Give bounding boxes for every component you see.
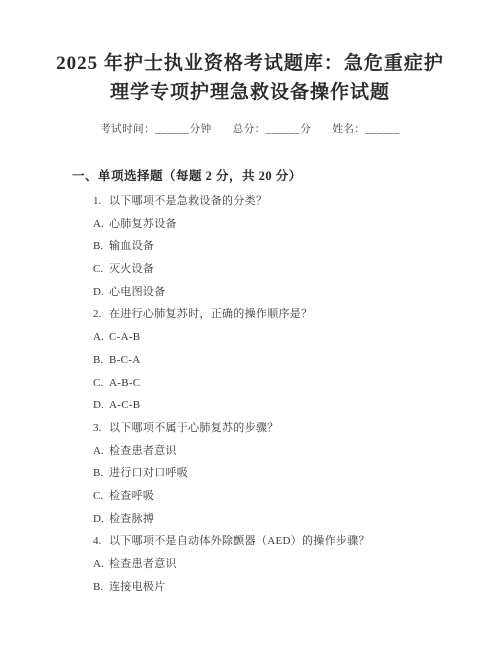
question-text: 以下哪项不属于心肺复苏的步骤？ bbox=[109, 417, 279, 440]
option-row: A. 检查患者意识 bbox=[93, 553, 500, 576]
option-text: 检查呼吸 bbox=[109, 485, 154, 508]
option-letter: C. bbox=[93, 372, 109, 395]
title-line-1: 2025 年护士执业资格考试题库：急危重症护 bbox=[56, 53, 444, 74]
question-row: 4. 以下哪项不是自动体外除颤器（AED）的操作步骤？ bbox=[93, 530, 500, 553]
question-row: 3. 以下哪项不属于心肺复苏的步骤？ bbox=[93, 417, 500, 440]
option-row: D. 心电图设备 bbox=[93, 281, 500, 304]
option-row: D. 检查脉搏 bbox=[93, 508, 500, 531]
option-row: A. C-A-B bbox=[93, 326, 500, 349]
exam-info-line: 考试时间：______分钟 总分：______分 姓名：______ bbox=[0, 121, 500, 136]
option-text: A-B-C bbox=[109, 372, 140, 395]
option-letter: D. bbox=[93, 281, 109, 304]
option-letter: D. bbox=[93, 508, 109, 531]
option-text: B-C-A bbox=[109, 349, 140, 372]
question-number: 1. bbox=[93, 190, 109, 213]
exam-time-field: 考试时间：______分钟 bbox=[100, 124, 212, 135]
question-number: 3. bbox=[93, 417, 109, 440]
option-text: 心肺复苏设备 bbox=[109, 213, 177, 236]
section-heading: 一、单项选择题（每题 2 分，共 20 分） bbox=[72, 166, 500, 184]
option-text: 输血设备 bbox=[109, 235, 154, 258]
option-letter: D. bbox=[93, 394, 109, 417]
question-row: 1. 以下哪项不是急救设备的分类？ bbox=[93, 190, 500, 213]
option-text: 进行口对口呼吸 bbox=[109, 462, 188, 485]
document-title: 2025 年护士执业资格考试题库：急危重症护 理学专项护理急救设备操作试题 bbox=[55, 49, 445, 107]
option-row: A. 检查患者意识 bbox=[93, 440, 500, 463]
option-text: 检查患者意识 bbox=[109, 553, 177, 576]
question-number: 2. bbox=[93, 303, 109, 326]
option-letter: C. bbox=[93, 485, 109, 508]
option-letter: B. bbox=[93, 462, 109, 485]
option-text: 心电图设备 bbox=[109, 281, 166, 304]
total-score-field: 总分：______分 bbox=[233, 124, 312, 135]
option-text: A-C-B bbox=[109, 394, 140, 417]
question-list: 1. 以下哪项不是急救设备的分类？ A. 心肺复苏设备 B. 输血设备 C. 灭… bbox=[93, 190, 500, 598]
question-text: 以下哪项不是急救设备的分类？ bbox=[109, 190, 267, 213]
question-row: 2. 在进行心肺复苏时，正确的操作顺序是？ bbox=[93, 303, 500, 326]
option-text: C-A-B bbox=[109, 326, 140, 349]
option-row: C. 灭火设备 bbox=[93, 258, 500, 281]
option-letter: C. bbox=[93, 258, 109, 281]
question-text: 以下哪项不是自动体外除颤器（AED）的操作步骤？ bbox=[109, 530, 370, 553]
exam-document: 2025 年护士执业资格考试题库：急危重症护 理学专项护理急救设备操作试题 考试… bbox=[0, 49, 500, 598]
option-letter: A. bbox=[93, 213, 109, 236]
option-row: C. A-B-C bbox=[93, 372, 500, 395]
option-row: D. A-C-B bbox=[93, 394, 500, 417]
question-text: 在进行心肺复苏时，正确的操作顺序是？ bbox=[109, 303, 312, 326]
option-text: 灭火设备 bbox=[109, 258, 154, 281]
title-line-2: 理学专项护理急救设备操作试题 bbox=[110, 82, 390, 103]
option-letter: B. bbox=[93, 349, 109, 372]
option-letter: B. bbox=[93, 576, 109, 599]
option-row: B. B-C-A bbox=[93, 349, 500, 372]
option-letter: A. bbox=[93, 440, 109, 463]
option-row: A. 心肺复苏设备 bbox=[93, 213, 500, 236]
name-field: 姓名：______ bbox=[332, 124, 400, 135]
option-letter: A. bbox=[93, 553, 109, 576]
option-letter: B. bbox=[93, 235, 109, 258]
option-row: B. 输血设备 bbox=[93, 235, 500, 258]
question-number: 4. bbox=[93, 530, 109, 553]
option-row: C. 检查呼吸 bbox=[93, 485, 500, 508]
option-text: 连接电极片 bbox=[109, 576, 166, 599]
option-text: 检查患者意识 bbox=[109, 440, 177, 463]
option-row: B. 进行口对口呼吸 bbox=[93, 462, 500, 485]
option-text: 检查脉搏 bbox=[109, 508, 154, 531]
option-letter: A. bbox=[93, 326, 109, 349]
option-row: B. 连接电极片 bbox=[93, 576, 500, 599]
